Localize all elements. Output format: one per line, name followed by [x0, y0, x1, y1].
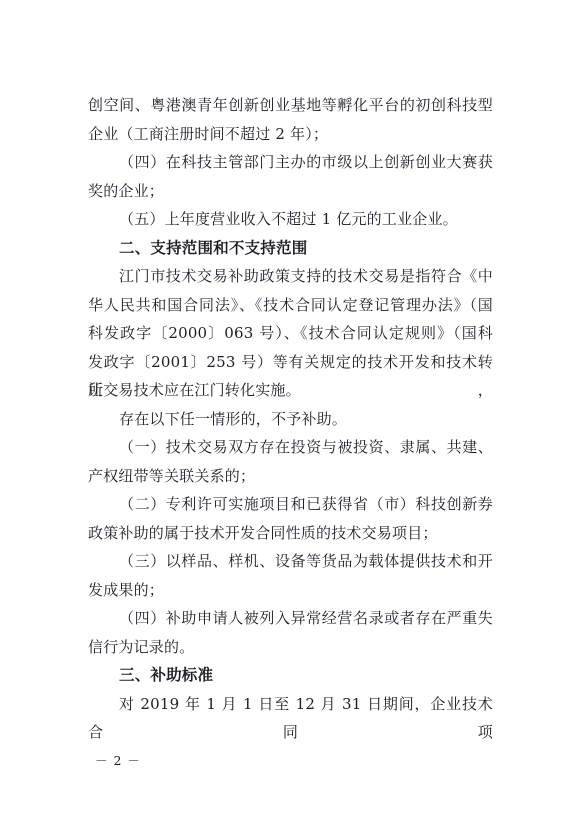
text-line: 创空间、粤港澳青年创新创业基地等孵化平台的初创科技型: [88, 91, 493, 120]
text-line: 奖的企业；: [88, 177, 493, 206]
text-line: 信行为记录的。: [88, 633, 493, 662]
text-line: 发政字〔2001〕253 号）等有关规定的技术开发和技术转让，: [88, 348, 493, 377]
text-line: 存在以下任一情形的，不予补助。: [88, 405, 493, 434]
text-line: 科发政字〔2000〕063 号）、《技术合同认定规则》（国科: [88, 319, 493, 348]
text-line: （三）以样品、样机、设备等货品为载体提供技术和开: [88, 547, 493, 576]
text-line: （四）在科技主管部门主办的市级以上创新创业大赛获: [88, 148, 493, 177]
text-line: （五）上年度营业收入不超过 1 亿元的工业企业。: [88, 205, 493, 234]
text-line: 产权纽带等关联关系的；: [88, 462, 493, 491]
page-number: － 2 －: [95, 751, 141, 769]
section-heading: 三、补助标准: [88, 661, 493, 690]
text-line: 企业（工商注册时间不超过 2 年）；: [88, 120, 493, 149]
text-line: （二）专利许可实施项目和已获得省（市）科技创新券: [88, 490, 493, 519]
text-line: 江门市技术交易补助政策支持的技术交易是指符合《中: [88, 262, 493, 291]
section-heading: 二、支持范围和不支持范围: [88, 234, 493, 263]
text-line: 华人民共和国合同法》、《技术合同认定登记管理办法》（国: [88, 291, 493, 320]
document-page: 创空间、粤港澳青年创新创业基地等孵化平台的初创科技型企业（工商注册时间不超过 2…: [0, 0, 583, 821]
text-line: 发成果的；: [88, 576, 493, 605]
text-line: 政策补助的属于技术开发合同性质的技术交易项目；: [88, 519, 493, 548]
text-line: （四）补助申请人被列入异常经营名录或者存在严重失: [88, 604, 493, 633]
text-line: 对 2019 年 1 月 1 日至 12 月 31 日期间，企业技术合同项: [88, 690, 493, 719]
text-line: （一）技术交易双方存在投资与被投资、隶属、共建、: [88, 433, 493, 462]
document-body: 创空间、粤港澳青年创新创业基地等孵化平台的初创科技型企业（工商注册时间不超过 2…: [88, 91, 493, 718]
